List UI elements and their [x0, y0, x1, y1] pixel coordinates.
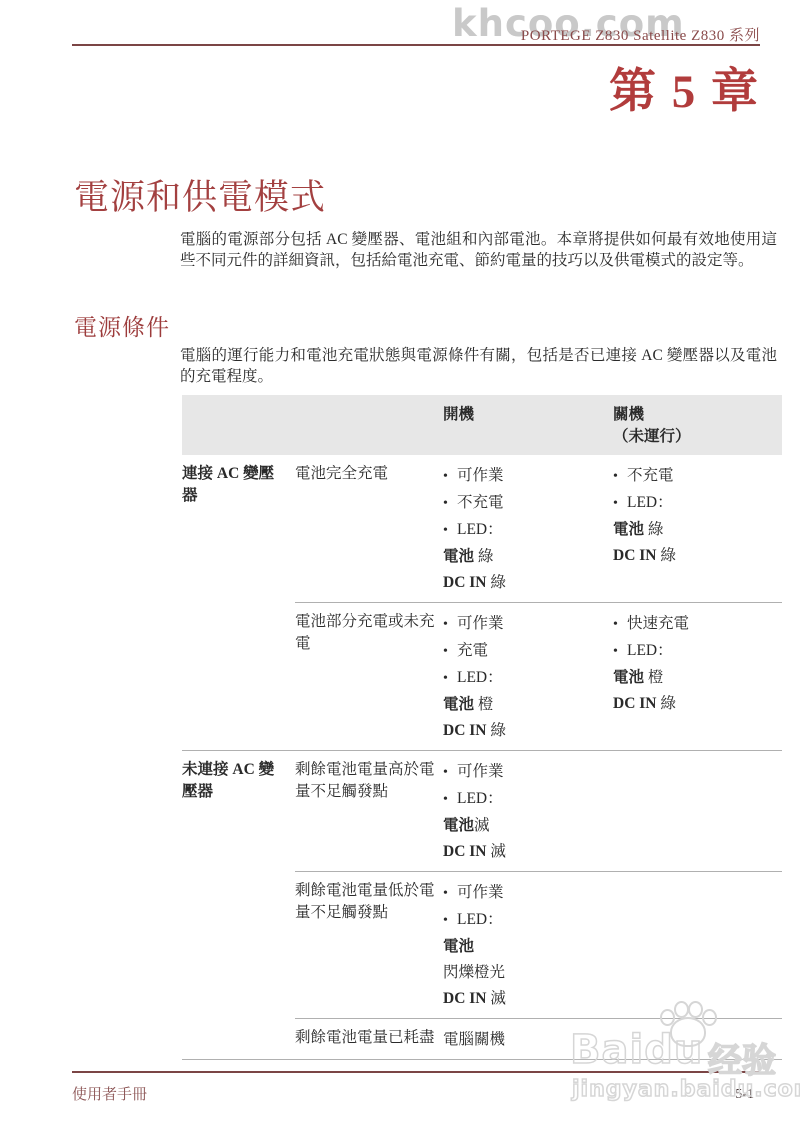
status-line: •LED：	[613, 490, 776, 517]
condition-cell: 剩餘電池電量高於電量不足觸發點	[295, 751, 443, 872]
bullet-icon: •	[443, 518, 457, 544]
status-line: 電池 橙	[443, 692, 607, 718]
power-off-cell: •快速充電•LED：電池 橙DC IN 綠	[613, 603, 782, 751]
status-line: •可作業	[443, 463, 607, 490]
table-row: 連接 AC 變壓器電池完全充電•可作業•不充電•LED：電池 綠DC IN 綠•…	[182, 455, 782, 603]
bullet-icon: •	[443, 908, 457, 934]
condition-cell: 電池部分充電或未充電	[295, 603, 443, 751]
table-header-power-on: 開機	[443, 395, 613, 455]
bullet-icon: •	[443, 639, 457, 665]
baidu-watermark: Baidu 经验 jingyan.baidu.com	[570, 1005, 800, 1105]
status-line: 閃爍橙光	[443, 960, 607, 986]
bullet-icon: •	[613, 612, 627, 638]
status-line: DC IN 綠	[613, 543, 776, 569]
status-line: •可作業	[443, 611, 607, 638]
power-off-cell	[613, 751, 782, 872]
group-label-0: 連接 AC 變壓器	[182, 455, 295, 751]
condition-cell: 剩餘電池電量已耗盡	[295, 1019, 443, 1060]
status-line: •LED：	[443, 517, 607, 544]
status-line: 電池 綠	[443, 544, 607, 570]
status-line: •不充電	[613, 463, 776, 490]
power-on-cell: •可作業•充電•LED：電池 橙DC IN 綠	[443, 603, 613, 751]
chapter-title: 第 5 章	[609, 54, 760, 121]
power-conditions-table: 開機 關機 （未運行） 連接 AC 變壓器電池完全充電•可作業•不充電•LED：…	[182, 395, 782, 1060]
baidu-logo-suffix: 经验	[708, 1033, 776, 1082]
status-line: DC IN 綠	[443, 570, 607, 596]
power-off-cell	[613, 872, 782, 1019]
power-on-cell: •可作業•LED：電池滅DC IN 滅	[443, 751, 613, 872]
status-line: DC IN 綠	[443, 718, 607, 744]
bullet-icon: •	[613, 491, 627, 517]
section-paragraph: 電腦的運行能力和電池充電狀態與電源條件有關，包括是否已連接 AC 變壓器以及電池…	[180, 345, 777, 387]
status-line: 電池 橙	[613, 665, 776, 691]
table-row: 未連接 AC 變壓器剩餘電池電量高於電量不足觸發點•可作業•LED：電池滅DC …	[182, 751, 782, 872]
section-heading: 電源條件	[74, 309, 170, 342]
status-line: 電池	[443, 934, 607, 960]
status-line: •可作業	[443, 759, 607, 786]
power-off-cell: •不充電•LED：電池 綠DC IN 綠	[613, 455, 782, 603]
table-header-row: 開機 關機 （未運行）	[182, 395, 782, 455]
footer-manual-label: 使用者手冊	[72, 1083, 147, 1104]
status-line: •不充電	[443, 490, 607, 517]
bullet-icon: •	[613, 464, 627, 490]
bullet-icon: •	[443, 464, 457, 490]
bullet-icon: •	[443, 787, 457, 813]
table-header-power-off-line2: （未運行）	[613, 426, 782, 448]
baidu-site-text: jingyan.baidu.com	[572, 1077, 800, 1102]
table-header-power-off: 關機 （未運行）	[613, 395, 782, 455]
bullet-icon: •	[443, 666, 457, 692]
status-line: •LED：	[443, 786, 607, 813]
group-label-1: 未連接 AC 變壓器	[182, 751, 295, 1060]
status-line: DC IN 滅	[443, 839, 607, 865]
table-header-empty-1	[182, 395, 295, 455]
bullet-icon: •	[443, 491, 457, 517]
power-on-cell: •可作業•LED：電池閃爍橙光DC IN 滅	[443, 872, 613, 1019]
baidu-logo-text: Baidu	[570, 1027, 703, 1073]
condition-cell: 電池完全充電	[295, 455, 443, 603]
table-header-power-off-line1: 關機	[613, 404, 782, 426]
status-line: DC IN 綠	[613, 691, 776, 717]
bullet-icon: •	[443, 881, 457, 907]
table-header-empty-2	[295, 395, 443, 455]
status-line: •快速充電	[613, 611, 776, 638]
power-on-cell: •可作業•不充電•LED：電池 綠DC IN 綠	[443, 455, 613, 603]
bullet-icon: •	[613, 639, 627, 665]
document-header-product-line: PORTEGE Z830 Satellite Z830 系列	[521, 24, 760, 45]
status-line: •LED：	[613, 638, 776, 665]
status-line: •充電	[443, 638, 607, 665]
bullet-icon: •	[443, 760, 457, 786]
condition-cell: 剩餘電池電量低於電量不足觸發點	[295, 872, 443, 1019]
status-line: 電池滅	[443, 813, 607, 839]
status-line: 電池 綠	[613, 517, 776, 543]
bullet-icon: •	[443, 612, 457, 638]
status-line: •LED：	[443, 665, 607, 692]
status-line: •LED：	[443, 907, 607, 934]
intro-paragraph: 電腦的電源部分包括 AC 變壓器、電池組和內部電池。本章將提供如何最有效地使用這…	[180, 229, 777, 271]
header-rule	[72, 44, 760, 46]
page-title: 電源和供電模式	[74, 170, 326, 220]
status-line: •可作業	[443, 880, 607, 907]
